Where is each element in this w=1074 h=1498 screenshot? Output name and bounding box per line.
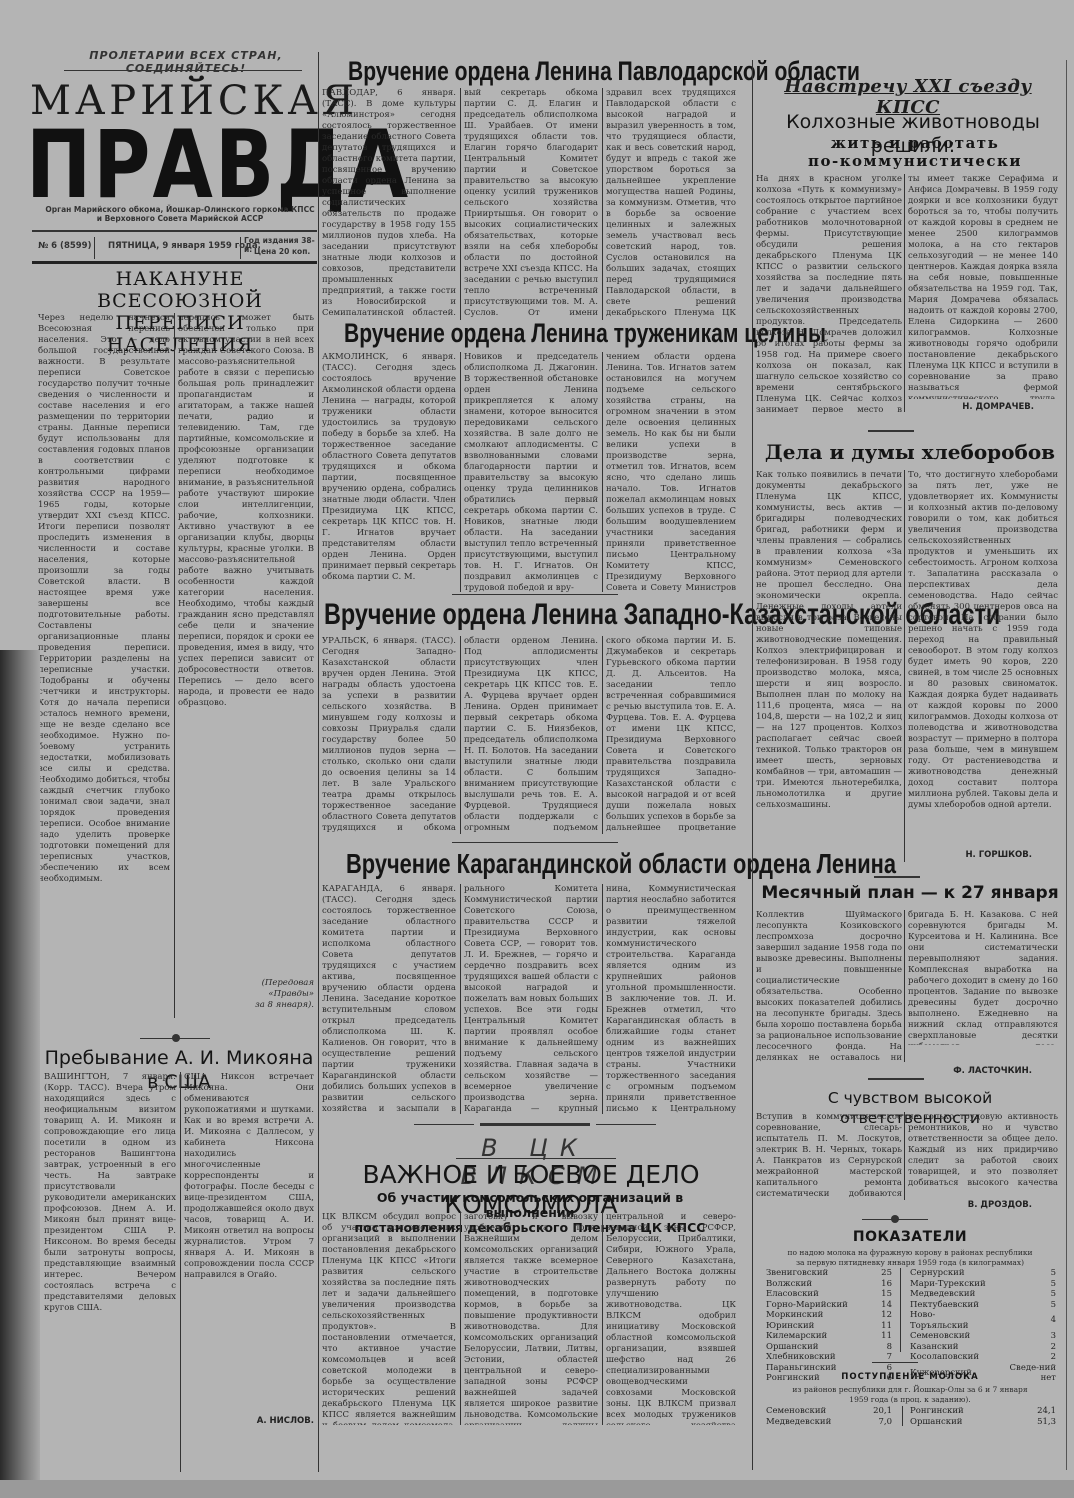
grain-growers-column-2: То, что достигнуто хлеборобами за пять л… bbox=[908, 470, 1058, 846]
district-value: 24,1 bbox=[1015, 1406, 1058, 1417]
separator-rule bbox=[452, 594, 618, 595]
livestock-subheadline: жить и работать по-коммунистически bbox=[770, 134, 1060, 170]
column-rule bbox=[602, 636, 603, 834]
table-row: Ронгинский24,1 bbox=[908, 1406, 1058, 1417]
district-value: 51,3 bbox=[1015, 1417, 1058, 1428]
table-row: Еласовский15 bbox=[764, 1289, 894, 1300]
section-rule bbox=[752, 60, 753, 1470]
monthly-plan-column-1: Коллектив Шуймаского лесопункта Козиковс… bbox=[756, 910, 902, 1062]
district-value: 5 bbox=[994, 1289, 1058, 1300]
responsibility-column-2: не только трудовую активность ремонтнико… bbox=[908, 1112, 1058, 1190]
monthly-plan-signature: Ф. ЛАСТОЧКИН. bbox=[908, 1066, 1032, 1076]
west-kazakhstan-column-2: области орденом Ленина. Под аплодисменты… bbox=[464, 636, 598, 834]
column-rule bbox=[460, 636, 461, 834]
census-column-1: Через неделю начнется Всесоюзная перепис… bbox=[38, 313, 170, 1010]
issue-number: № 6 (8599) bbox=[38, 241, 92, 251]
district-name: Семеновский bbox=[908, 1331, 994, 1342]
district-value: 15 bbox=[875, 1289, 894, 1300]
district-name: Еласовский bbox=[764, 1289, 875, 1300]
district-value: 16 bbox=[875, 1279, 894, 1290]
column-rule bbox=[460, 352, 461, 592]
tselina-headline: Вручение ордена Ленина труженикам целины bbox=[344, 318, 826, 349]
district-value: 5 bbox=[994, 1279, 1058, 1290]
west-kazakhstan-column-1: УРАЛЬСК, 6 января. (ТАСС). Сегодня Запад… bbox=[322, 636, 456, 834]
indicators-headline: ПОКАЗАТЕЛИ bbox=[760, 1228, 1060, 1246]
infobar-divider bbox=[240, 237, 241, 259]
district-name: Килемарский bbox=[764, 1331, 875, 1342]
karaganda-column-3: нина, Коммунистическая партия неослабно … bbox=[606, 884, 736, 1114]
komsomol-column-1: ЦК ВЛКСМ обсудил вопрос об участии комсо… bbox=[322, 1212, 456, 1425]
district-name: Волжский bbox=[764, 1279, 875, 1290]
district-value: 11 bbox=[875, 1321, 894, 1332]
milk-supply-subtitle-line2: 1959 года (в проц. к заданию). bbox=[760, 1395, 1060, 1405]
table-row: Звениговский25 bbox=[764, 1268, 894, 1279]
table-row: Мари-Турекский5 bbox=[908, 1279, 1058, 1290]
district-name: Сернурский bbox=[908, 1268, 994, 1279]
karaganda-column-1: КАРАГАНДА, 6 января. (ТАСС). Сегодня зде… bbox=[322, 884, 456, 1114]
responsibility-signature: В. ДРОЗДОВ. bbox=[908, 1200, 1032, 1210]
grain-growers-signature: Н. ГОРШКОВ. bbox=[908, 850, 1032, 860]
census-column-2: перепись может быть обеспечен только при… bbox=[178, 313, 314, 975]
district-name: Косолаповский bbox=[908, 1352, 994, 1363]
district-name: Пектубаевский bbox=[908, 1300, 994, 1311]
indicators-subtitle-line2: за первую пятидневку января 1959 года (в… bbox=[760, 1258, 1060, 1268]
column-rule bbox=[602, 1212, 603, 1425]
table-row: Семеновский20,1 bbox=[764, 1406, 894, 1417]
rubric-rule bbox=[456, 1158, 616, 1159]
komsomol-column-2: заготовку и вывозку удобрений на поля. В… bbox=[464, 1212, 598, 1425]
ornament-dot bbox=[172, 1034, 180, 1042]
district-name: Звениговский bbox=[764, 1268, 875, 1279]
infobar-divider bbox=[94, 237, 95, 259]
column-rule bbox=[602, 352, 603, 592]
table-row: Горно-Марийский14 bbox=[764, 1300, 894, 1311]
district-value: 11 bbox=[875, 1331, 894, 1342]
livestock-column-2: ты имеет также Серафима и Анфиса Домраче… bbox=[908, 174, 1058, 399]
table-row: Пектубаевский5 bbox=[908, 1300, 1058, 1311]
table-row: Волжский16 bbox=[764, 1279, 894, 1290]
section-rule bbox=[318, 52, 319, 1472]
infobar-top-rule bbox=[32, 230, 317, 232]
census-source: (Передовая «Правды» за 8 января). bbox=[220, 978, 314, 1011]
price: Цена 20 коп. bbox=[254, 247, 310, 256]
district-value: 14 bbox=[875, 1300, 894, 1311]
table-row: Казанский2 bbox=[908, 1342, 1058, 1353]
column-rule bbox=[180, 1072, 181, 1472]
tselina-column-3: чением области ордена Ленина. Тов. Игнат… bbox=[606, 352, 736, 592]
separator-rule bbox=[596, 1124, 656, 1125]
district-value: 7 bbox=[875, 1352, 894, 1363]
column-rule bbox=[904, 174, 905, 412]
indicators-table-left: Звениговский25Волжский16Еласовский15Горн… bbox=[764, 1268, 894, 1384]
pavlodar-column-2: вый секретарь обкома партии С. Д. Елагин… bbox=[464, 88, 598, 320]
separator-rule bbox=[874, 876, 920, 878]
table-row: Юринский11 bbox=[764, 1321, 894, 1332]
table-row: Килемарский11 bbox=[764, 1331, 894, 1342]
table-divider bbox=[900, 1268, 901, 1352]
column-rule bbox=[904, 1112, 905, 1200]
infobar-bottom-rule bbox=[32, 261, 317, 264]
masthead-rule bbox=[64, 70, 302, 71]
column-rule bbox=[460, 1212, 461, 1425]
separator-rule bbox=[480, 1123, 590, 1126]
organ-line-2: и Верховного Совета Марийской АССР bbox=[40, 214, 320, 223]
table-row: Оршанский8 bbox=[764, 1342, 894, 1353]
masthead-organ: Орган Марийского обкома, Йошкар-Олинског… bbox=[40, 205, 320, 223]
milk-supply-table-right: Ронгинский24,1Оршанский51,3 bbox=[908, 1406, 1058, 1427]
district-value: 12 bbox=[875, 1310, 894, 1321]
census-source-line2: за 8 января). bbox=[220, 1000, 314, 1011]
district-name: Ронгинский bbox=[908, 1406, 1015, 1417]
district-name: Оршанский bbox=[764, 1342, 875, 1353]
livestock-column-1: На днях в красном уголке колхоза «Путь к… bbox=[756, 174, 902, 414]
mikoyan-column-2: США Никсон встречает Микояна. Они обмени… bbox=[184, 1072, 314, 1412]
indicators-subtitle: по надою молока на фуражную корову в рай… bbox=[760, 1248, 1060, 1267]
torn-edge-shadow bbox=[0, 650, 40, 1480]
west-kazakhstan-column-3: ского обкома партии И. Б. Джумабеков и с… bbox=[606, 636, 736, 834]
district-value: 7,0 bbox=[862, 1417, 894, 1428]
mikoyan-column-1: ВАШИНГТОН, 7 января. (Корр. ТАСС). Вчера… bbox=[44, 1072, 176, 1467]
district-name: Мари-Турекский bbox=[908, 1279, 994, 1290]
responsibility-column-1: Вступив в коммунистическое соревнование,… bbox=[756, 1112, 902, 1200]
district-name: Оршанский bbox=[908, 1417, 1015, 1428]
pavlodar-column-1: ПАВЛОДАР, 6 января. (ТАСС). В доме культ… bbox=[322, 88, 456, 320]
separator-rule bbox=[414, 1124, 474, 1125]
district-value: 2 bbox=[994, 1342, 1058, 1353]
district-name: Семеновский bbox=[764, 1406, 862, 1417]
livestock-subheadline-line2: по-коммунистически bbox=[770, 152, 1060, 170]
indicators-table-right: Сернурский5Мари-Турекский5Медведевский5П… bbox=[908, 1268, 1058, 1384]
page-edge-rule bbox=[1066, 60, 1067, 1470]
pavlodar-column-3: здравил всех трудящихся Павлодарской обл… bbox=[606, 88, 736, 320]
district-name: Медведевский bbox=[908, 1289, 994, 1300]
district-name: Ново-Торъяльский bbox=[908, 1310, 994, 1331]
table-row: Хлебниковский7 bbox=[764, 1352, 894, 1363]
masthead-slogan: ПРОЛЕТАРИИ ВСЕХ СТРАН, СОЕДИНЯЙТЕСЬ! bbox=[66, 49, 306, 75]
ornament-dot bbox=[891, 1215, 899, 1223]
census-source-line1: (Передовая «Правды» bbox=[220, 978, 314, 1000]
table-divider bbox=[902, 1406, 903, 1426]
district-value: 3 bbox=[994, 1331, 1058, 1342]
monthly-plan-column-2: бригада Б. Н. Казакова. С ней соревнуютс… bbox=[908, 910, 1058, 1045]
mikoyan-signature: А. НИСЛОВ. bbox=[184, 1416, 314, 1426]
separator-rule bbox=[868, 430, 914, 432]
table-row: Косолаповский2 bbox=[908, 1352, 1058, 1363]
livestock-subheadline-line1: жить и работать bbox=[770, 134, 1060, 152]
column-rule bbox=[460, 88, 461, 320]
district-value: 4 bbox=[994, 1310, 1058, 1331]
district-value: 2 bbox=[994, 1352, 1058, 1363]
monthly-plan-headline: Месячный план — к 27 января bbox=[760, 882, 1060, 904]
column-rule bbox=[174, 313, 175, 1018]
table-row: Моркинский12 bbox=[764, 1310, 894, 1321]
column-rule bbox=[904, 910, 905, 1062]
milk-supply-subtitle-line1: из районов республики для г. Йошкар-Олы … bbox=[760, 1385, 1060, 1395]
indicators-subtitle-line1: по надою молока на фуражную корову в рай… bbox=[760, 1248, 1060, 1258]
table-row: Оршанский51,3 bbox=[908, 1417, 1058, 1428]
newspaper-page: ПРОЛЕТАРИИ ВСЕХ СТРАН, СОЕДИНЯЙТЕСЬ! МАР… bbox=[0, 0, 1074, 1480]
district-value: 20,1 bbox=[862, 1406, 894, 1417]
masthead-infobar: № 6 (8599) ПЯТНИЦА, 9 января 1959 года. … bbox=[32, 237, 317, 259]
district-name: Медведевский bbox=[764, 1417, 862, 1428]
column-rule bbox=[904, 470, 905, 862]
table-row: Медведевский7,0 bbox=[764, 1417, 894, 1428]
tselina-column-1: АКМОЛИНСК, 6 января. (ТАСС). Сегодня зде… bbox=[322, 352, 456, 592]
column-rule bbox=[602, 884, 603, 1114]
scan-bottom-margin bbox=[0, 1480, 1074, 1498]
district-value: 25 bbox=[875, 1268, 894, 1279]
district-name: Моркинский bbox=[764, 1310, 875, 1321]
column-rule bbox=[460, 884, 461, 1114]
district-name: Хлебниковский bbox=[764, 1352, 875, 1363]
milk-supply-subtitle: из районов республики для г. Йошкар-Олы … bbox=[760, 1385, 1060, 1404]
grain-growers-column-1: Как только появились в печати документы … bbox=[756, 470, 902, 862]
census-headline-line1: НАКАНУНЕ ВСЕСОЮЗНОЙ bbox=[40, 268, 320, 312]
table-row: Медведевский5 bbox=[908, 1289, 1058, 1300]
komsomol-column-3: центральной и северо-западной зоны РСФСР… bbox=[606, 1212, 736, 1425]
district-value: 5 bbox=[994, 1300, 1058, 1311]
tselina-column-2: Новиков и председатель облисполкома Д. Д… bbox=[464, 352, 598, 592]
table-row: Семеновский3 bbox=[908, 1331, 1058, 1342]
milk-supply-headline: ПОСТУПЛЕНИЕ МОЛОКА bbox=[760, 1372, 1060, 1382]
district-name: Юринский bbox=[764, 1321, 875, 1332]
district-name: Горно-Марийский bbox=[764, 1300, 875, 1311]
table-row: Сернурский5 bbox=[908, 1268, 1058, 1279]
column-rule bbox=[602, 88, 603, 320]
separator-rule bbox=[872, 1362, 918, 1363]
milk-supply-table-left: Семеновский20,1Медведевский7,0 bbox=[764, 1406, 894, 1427]
separator-rule bbox=[868, 1078, 924, 1080]
table-row: Ново-Торъяльский4 bbox=[908, 1310, 1058, 1331]
issue-date: ПЯТНИЦА, 9 января 1959 года. bbox=[108, 241, 261, 251]
karaganda-column-2: рального Комитета Коммунистической парти… bbox=[464, 884, 598, 1114]
separator-rule bbox=[452, 842, 618, 843]
district-name: Казанский bbox=[908, 1342, 994, 1353]
livestock-signature: Н. ДОМРАЧЕВ. bbox=[908, 402, 1034, 412]
organ-line-1: Орган Марийского обкома, Йошкар-Олинског… bbox=[40, 205, 320, 214]
district-value: 5 bbox=[994, 1268, 1058, 1279]
district-value: 8 bbox=[875, 1342, 894, 1353]
grain-growers-headline: Дела и думы хлеборобов bbox=[760, 440, 1060, 464]
